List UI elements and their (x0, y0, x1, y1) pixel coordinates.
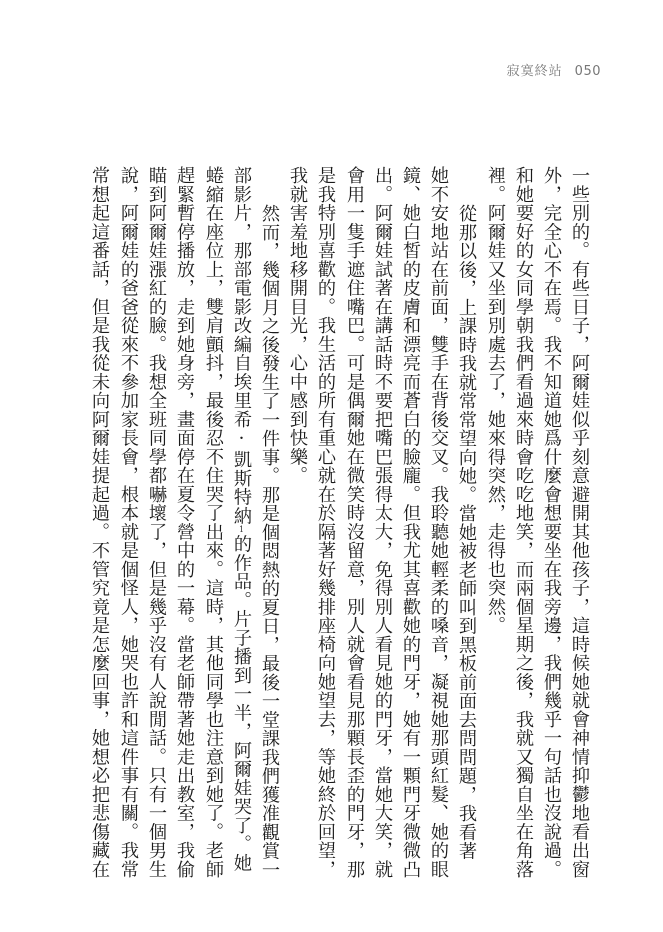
text-column-6: 她不安地站在前面，雙手在背後交叉。我聆聽她輕柔的嗓音，凝視她那頭紅髮、她的眼 (427, 166, 449, 879)
text-column-7: 鏡、她白皙的皮膚和漂亮而蒼白的臉龐。但我尤其喜歡她的門牙，她有一顆門牙微微凸 (399, 166, 421, 879)
text-column-11: 我就害羞地移開目光，心中感到快樂。 (286, 166, 308, 485)
text-column-5-paragraph-start: 從那以後，上課時我就常常望向她。當她被老師叫到黑板前面去問問題，我看著 (455, 166, 477, 860)
column-13-text-after: 的作品。片子播到一半，阿爾娃哭了。她 (231, 535, 252, 873)
text-column-18: 常想起這番話，但是我從未向阿爾娃提起過。不管究竟是怎麼回事，她想必把悲傷藏在 (88, 166, 110, 879)
text-column-8: 出。阿爾娃試著在講話時不要把嘴巴張得太大，免得別人看見她的門牙，當她大笑，就 (371, 166, 393, 879)
text-column-17: 說，阿爾娃的爸爸從來不參加家長會，根本就是個怪人，她哭也許和這件事有關。我常 (117, 166, 139, 879)
text-column-16: 瞄到阿爾娃漲紅的臉。我想全班同學都嚇壞了，但是幾乎沒有人說閒話。只有一個男生 (145, 166, 167, 879)
text-column-9: 會用一隻手遮住嘴巴。可是偶爾她在微笑時沒留意，別人就會看見那顆長歪的門牙，那 (343, 166, 365, 879)
page-number: 050 (575, 64, 601, 79)
footnote-marker[interactable]: 1 (237, 525, 246, 535)
text-column-3: 和她要好的女同學朝我們看過來時會吃吃地笑，而兩個星期之後，我就又獨自坐在角落 (512, 166, 534, 879)
running-head: 寂寞終站050 (507, 60, 601, 79)
text-column-10: 是我特別喜歡的。我生活的所有重心就在於隔著好幾排座椅向她望去，等她終於回望， (314, 166, 336, 879)
text-column-15: 趕緊暫停播放，走到她身旁，畫面停在夏令營中的一幕。當老師帶著她走出教室，我偷 (173, 166, 195, 879)
text-column-2: 外，完全心不在焉。我不知道她爲什麼會想要坐在我旁邊，我們幾乎一句話也沒說過。 (540, 166, 562, 879)
body-text: 一些別的。有些日子，阿爾娃似乎刻意避開其他孩子，這時候她就會神情抑鬱地看出窗 外… (85, 166, 593, 846)
text-column-4: 裡。阿爾娃又坐到別處去了，她來得突然，走得也突然。 (484, 166, 506, 635)
text-column-14: 蜷縮在座位上，雙肩顫抖，最後忍不住哭了出來。這時，其他同學也注意到她了。老師 (202, 166, 224, 879)
column-13-text-before: 部影片，那部電影改編自埃里希·凱斯特納 (231, 166, 252, 525)
book-title: 寂寞終站 (507, 64, 563, 79)
text-column-13: 部影片，那部電影改編自埃里希·凱斯特納1的作品。片子播到一半，阿爾娃哭了。她 (230, 166, 252, 872)
text-column-1: 一些別的。有些日子，阿爾娃似乎刻意避開其他孩子，這時候她就會神情抑鬱地看出窗 (568, 166, 590, 879)
text-column-12-paragraph-start: 然而，幾個月之後發生了一件事。那是個悶熱的夏日，最後一堂課我們獲准觀賞一 (258, 166, 280, 879)
